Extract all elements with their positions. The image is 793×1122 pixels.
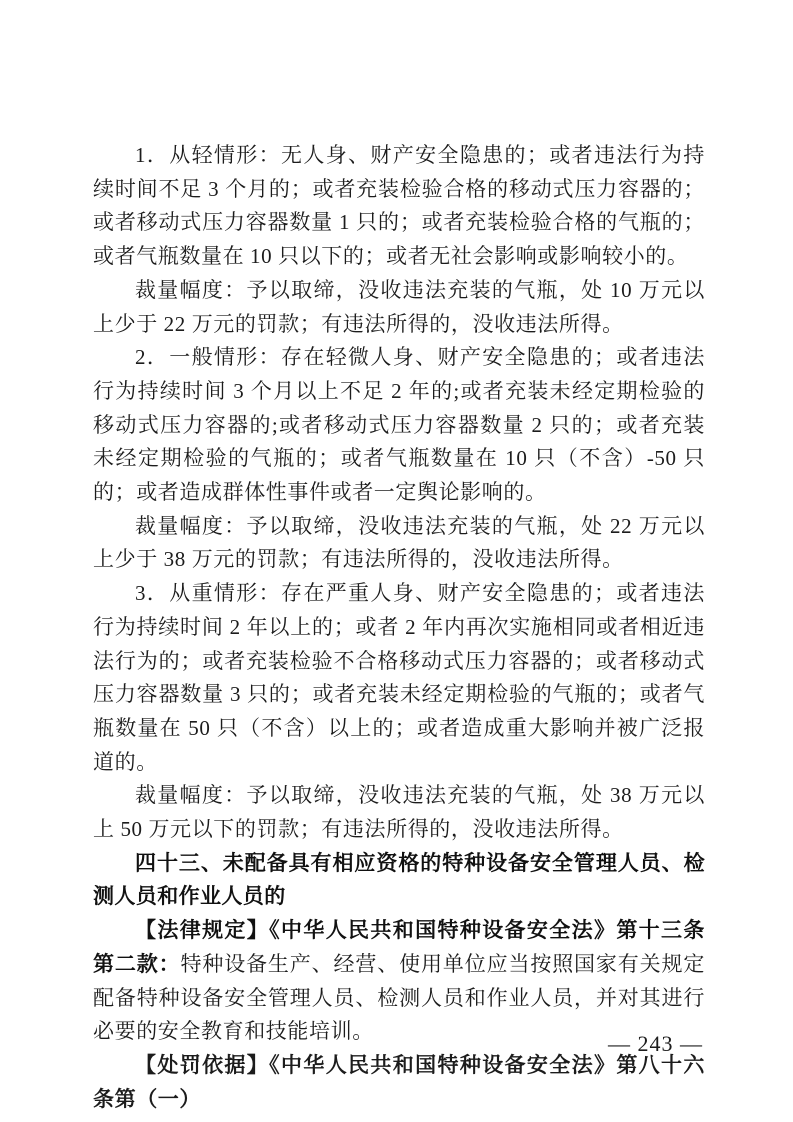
legal-provision-paragraph: 【法律规定】《中华人民共和国特种设备安全法》第十三条第二款：特种设备生产、经营、…: [93, 914, 705, 1049]
penalty-range-light: 裁量幅度：予以取缔，没收违法充装的气瓶，处 10 万元以上少于 22 万元的罚款…: [93, 274, 705, 341]
page-number: — 243 —: [608, 1031, 703, 1057]
clause-light-circumstance: 1．从轻情形：无人身、财产安全隐患的；或者违法行为持续时间不足 3 个月的；或者…: [93, 139, 705, 274]
punishment-basis-paragraph: 【处罚依据】《中华人民共和国特种设备安全法》第八十六条第（一）: [93, 1049, 705, 1116]
clause-severe-circumstance: 3．从重情形：存在严重人身、财产安全隐患的；或者违法行为持续时间 2 年以上的；…: [93, 577, 705, 779]
document-body: 1．从轻情形：无人身、财产安全隐患的；或者违法行为持续时间不足 3 个月的；或者…: [93, 139, 705, 1116]
penalty-range-severe: 裁量幅度：予以取缔，没收违法充装的气瓶，处 38 万元以上 50 万元以下的罚款…: [93, 779, 705, 846]
clause-general-circumstance: 2．一般情形：存在轻微人身、财产安全隐患的；或者违法行为持续时间 3 个月以上不…: [93, 341, 705, 510]
penalty-range-general: 裁量幅度：予以取缔，没收违法充装的气瓶，处 22 万元以上少于 38 万元的罚款…: [93, 510, 705, 577]
document-page: 1．从轻情形：无人身、财产安全隐患的；或者违法行为持续时间不足 3 个月的；或者…: [0, 0, 793, 1122]
legal-provision-text: 特种设备生产、经营、使用单位应当按照国家有关规定配备特种设备安全管理人员、检测人…: [93, 952, 705, 1043]
section-heading-43: 四十三、未配备具有相应资格的特种设备安全管理人员、检测人员和作业人员的: [93, 847, 705, 914]
